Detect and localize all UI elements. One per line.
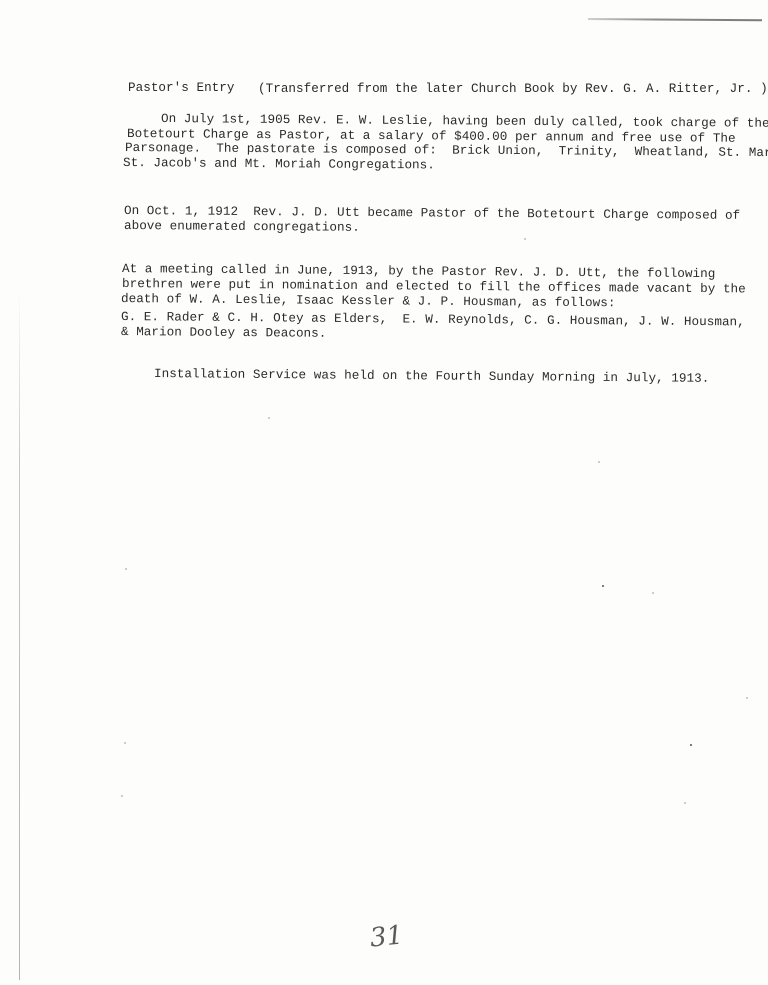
text-line: St. Jacob's and Mt. Moriah Congregations… — [123, 156, 435, 172]
scan-speck — [746, 697, 748, 699]
scan-speck — [598, 461, 600, 463]
scan-speck — [268, 417, 270, 419]
scan-speck — [121, 795, 123, 797]
scan-speck — [652, 592, 654, 594]
scan-speck — [125, 568, 127, 570]
text-line: Installation Service was held on the Fou… — [154, 367, 709, 386]
scanned-document-page: Pastor's Entry (Transferred from the lat… — [0, 0, 768, 985]
scan-speck — [690, 744, 692, 746]
top-edge-rule — [588, 18, 762, 21]
scan-speck — [524, 238, 526, 240]
entry-heading-note: (Transferred from the later Church Book … — [258, 82, 768, 96]
entry-heading: Pastor's Entry — [128, 81, 235, 95]
handwritten-page-number: 31 — [369, 920, 405, 953]
text-line: above enumerated congregations. — [124, 219, 360, 235]
text-line: death of W. A. Leslie, Isaac Kessler & J… — [121, 292, 616, 310]
scan-speck — [602, 585, 604, 587]
scan-speck — [684, 802, 686, 804]
scan-left-edge-line — [19, 290, 20, 980]
scan-speck — [124, 742, 126, 744]
text-line: & Marion Dooley as Deacons. — [121, 325, 327, 341]
